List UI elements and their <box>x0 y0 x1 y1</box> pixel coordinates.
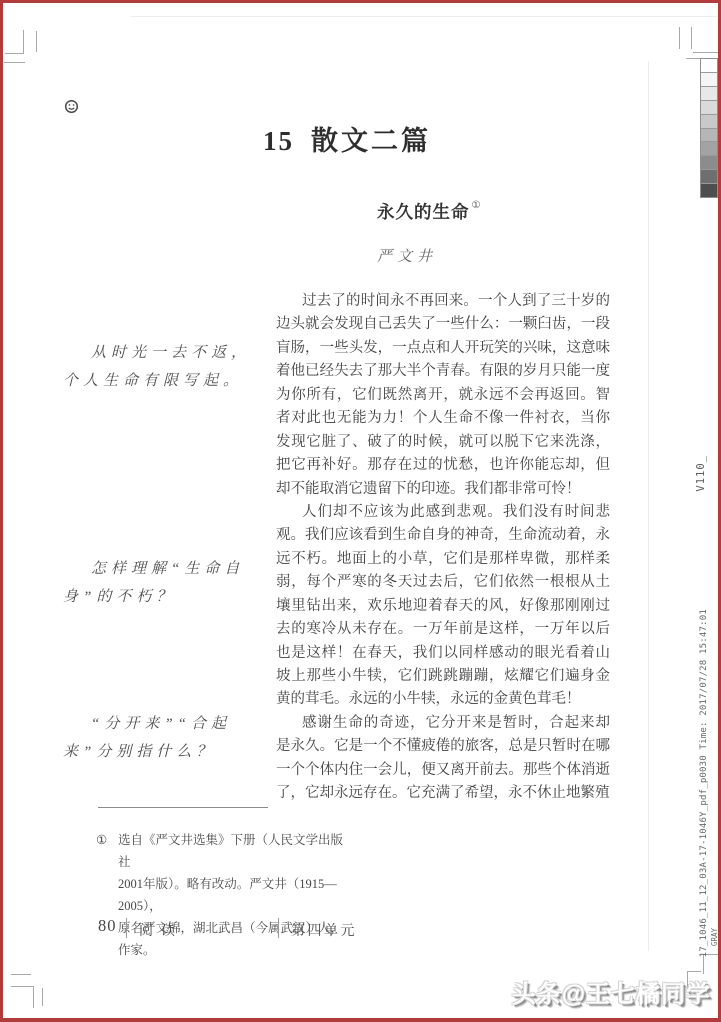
body-line: 去的寒冷从未存在。一万年前是这样，一万年以后 <box>276 618 610 641</box>
margin-note: 从时光一去不返，个人生命有限写起。 <box>63 339 261 395</box>
body-line: 着他已经失去了那大半个青春。有限的岁月只能一度 <box>276 360 610 383</box>
press-code-top: V110_ <box>695 455 707 492</box>
body-line: 了，它却永远存在。它充满了希望，永不休止地繁殖 <box>276 782 610 805</box>
smiley-icon <box>64 99 79 114</box>
body-line: 发现它脏了、破了的时候，就可以脱下它来洗涤， <box>276 431 610 454</box>
footnote-ref-mark: ① <box>472 200 482 211</box>
footnote: ① 选自《严文井选集》下册（人民文学出版社2001年版）。略有改动。严文井（19… <box>96 829 348 961</box>
crop-mark <box>4 62 25 63</box>
wedge-step <box>701 155 717 169</box>
footnote-rule <box>98 807 268 808</box>
crop-mark <box>5 53 24 54</box>
essay-title: 永久的生命① <box>377 199 479 224</box>
body-text: 过去了的时间永不再回来。一个人到了三十岁的边头就会发现自己丢失了一些什么：一颗臼… <box>276 290 610 806</box>
wedge-step <box>701 100 717 114</box>
footnote-marker: ① <box>96 829 107 851</box>
lesson-title: 15散文二篇 <box>263 119 431 158</box>
crop-mark <box>679 27 680 49</box>
watermark: 头条@王七橘同学 <box>512 974 711 1009</box>
body-line: 一个个体内住一会儿，便又离开前去。那些个体消逝 <box>276 759 610 782</box>
margin-note-line: 怎样理解“生命自 <box>63 555 261 583</box>
grayscale-wedge <box>700 58 718 198</box>
body-line: 是永久。它是一个不懂疲倦的旅客，总是只暂时在哪 <box>276 735 610 758</box>
body-line: 坡上那些小牛犊，它们跳跳蹦蹦，炫耀它们遍身金 <box>276 665 610 688</box>
body-line: 为你所有，它们既然离开，就永远不会再返回。智 <box>276 384 610 407</box>
footnote-lines: 选自《严文井选集》下册（人民文学出版社2001年版）。略有改动。严文井（1915… <box>96 829 348 961</box>
margin-note-line: 从时光一去不返， <box>63 339 261 367</box>
body-line: 却不能取消它遗留下的印迹。我们都非常可怜！ <box>276 478 610 501</box>
body-line: 远不朽。地面上的小草，它们是那样卑微，那样柔 <box>276 548 610 571</box>
wedge-step <box>701 128 717 142</box>
margin-note-line: 身”的不朽？ <box>63 583 261 611</box>
crop-mark <box>693 52 719 53</box>
lesson-title-text: 散文二篇 <box>311 126 431 156</box>
margin-note: 怎样理解“生命自身”的不朽？ <box>63 555 261 611</box>
crop-mark <box>42 988 43 1006</box>
wedge-step <box>701 183 717 197</box>
body-line: 感谢生命的奇迹，它分开来是暂时，合起来却 <box>276 712 610 735</box>
body-line: 黄的茸毛。永远的小牛犊，永远的金黄色茸毛！ <box>276 688 610 711</box>
scan-line <box>648 61 649 951</box>
wedge-step <box>701 72 717 86</box>
body-line: 也是这样！在春天，我们以同样感动的眼光看着山 <box>276 642 610 665</box>
body-line: 边头就会发现自己丢失了一些什么：一颗臼齿，一段 <box>276 313 610 336</box>
press-code-side: 17_1046_11_12_03A-17-1046Y_pdf_p0030 Tim… <box>699 609 709 957</box>
footer-divider <box>126 918 127 938</box>
wedge-step <box>701 169 717 183</box>
wedge-step <box>701 86 717 100</box>
wedge-step <box>701 141 717 155</box>
crop-mark <box>36 31 37 52</box>
crop-mark <box>11 974 31 975</box>
textbook-page: 15散文二篇 永久的生命① 严文井 过去了的时间永不再回来。一个人到了三十岁的边… <box>0 0 721 1022</box>
body-line: 盲肠，一些头发，一点点和人开玩笑的兴味，这意味 <box>276 337 610 360</box>
crop-mark <box>686 58 700 59</box>
footer-divider <box>278 918 279 938</box>
body-line: 者对此也无能为力！个人生命不像一件衬衣，当你 <box>276 407 610 430</box>
body-line: 观。我们应该看到生命自身的神奇，生命流动着，永 <box>276 524 610 547</box>
footnote-line: 选自《严文井选集》下册（人民文学出版社 <box>118 829 348 873</box>
margin-note-line: “分开来”“合起 <box>63 710 261 738</box>
wedge-step <box>701 114 717 128</box>
author-name: 严文井 <box>377 245 437 266</box>
crop-mark <box>33 986 34 1008</box>
margin-note-line: 来”分别指什么？ <box>63 738 261 766</box>
body-line: 壤里钻出来，欢乐地迎着春天的风，好像那刚刚过 <box>276 595 610 618</box>
crop-mark <box>11 986 34 987</box>
lesson-number: 15 <box>263 126 294 156</box>
body-line: 弱，每个严寒的冬天过去后，它们依然一根根从土 <box>276 571 610 594</box>
page-number: 80 <box>98 916 117 936</box>
scan-line <box>131 16 717 17</box>
wedge-step <box>701 59 717 72</box>
footer-unit: 第四单元 <box>291 920 357 940</box>
crop-mark <box>23 30 24 54</box>
body-line: 人们却不应该为此感到悲观。我们没有时间悲 <box>276 501 610 524</box>
footer-section: 阅读 <box>139 920 183 940</box>
crop-mark <box>691 27 692 49</box>
margin-note-line: 个人生命有限写起。 <box>63 367 261 395</box>
body-line: 过去了的时间永不再回来。一个人到了三十岁的 <box>276 290 610 313</box>
crop-mark <box>687 971 701 972</box>
margin-note: “分开来”“合起来”分别指什么？ <box>63 710 261 766</box>
body-line: 把它再补好。那存在过的忧愁，也许你能忘却，但 <box>276 454 610 477</box>
footnote-line: 2001年版）。略有改动。严文井（1915—2005）， <box>118 873 348 917</box>
press-gray-label: GRAY <box>710 928 719 946</box>
essay-title-text: 永久的生命 <box>377 202 470 222</box>
